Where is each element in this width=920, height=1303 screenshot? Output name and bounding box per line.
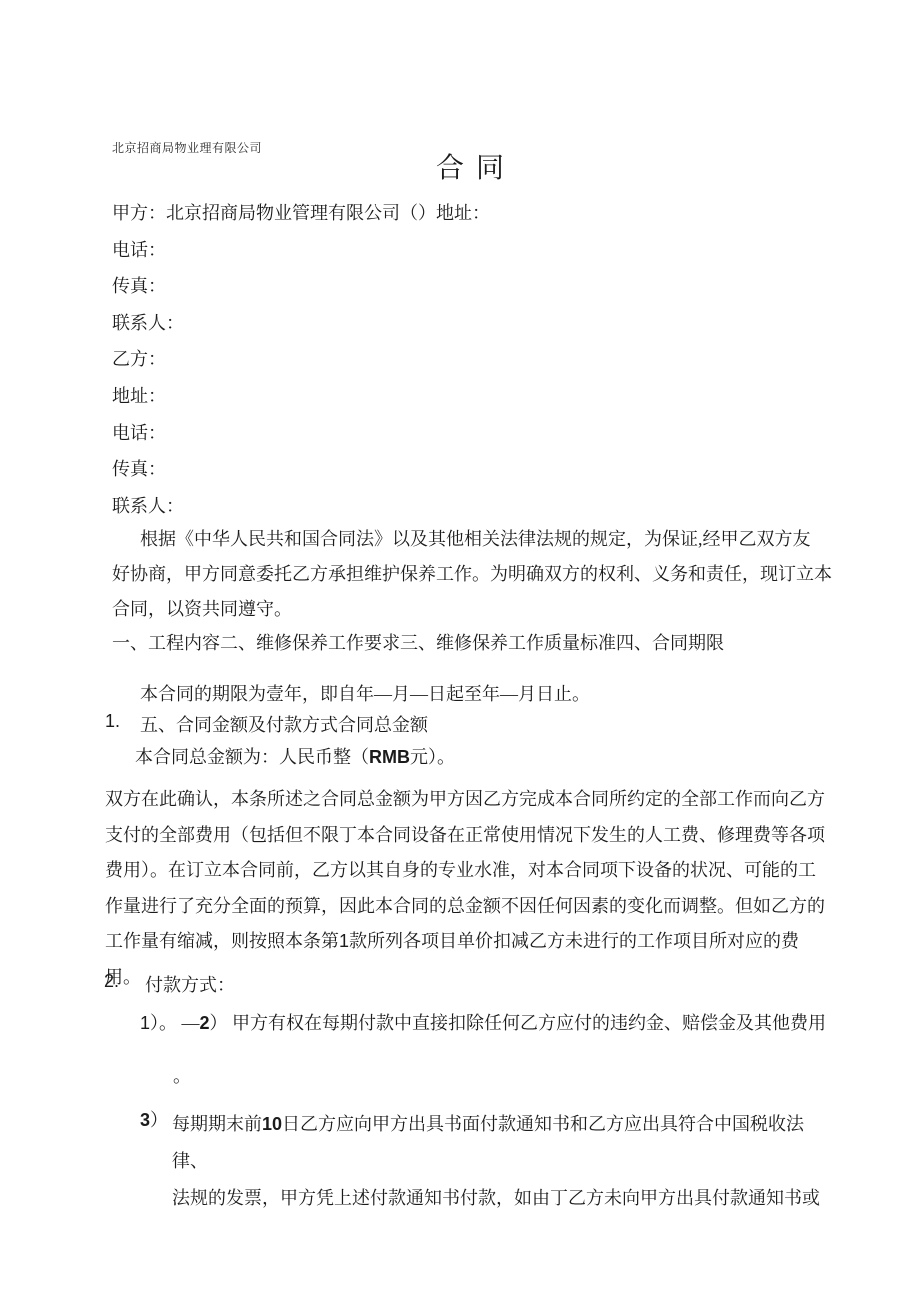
list-item-2-text: 付款方式： [145,975,235,995]
days-number: 10 [262,1114,282,1134]
sub-item-2-text: 甲方有权在每期付款中直接扣除任何乙方应付的违约金、赔偿金及其他费用 [228,1013,827,1033]
party-field-fax: 传真： [112,268,490,305]
intro-paragraph: 根据《中华人民共和国合同法》以及其他相关法律法规的规定，为保证,经甲乙双方友 好… [112,522,836,627]
party-a-line: 甲方：北京招商局物业管理有限公司（）地址： [112,195,490,232]
amount-currency: RMB [369,747,410,767]
party-b-line: 乙方： [112,341,490,378]
party-info-block: 甲方：北京招商局物业管理有限公司（）地址： 电话： 传真： 联系人： 乙方： 地… [112,195,490,524]
list-item-1-number: 1. [105,711,120,732]
list-item-2: 2. 付款方式： [104,971,844,997]
sub-item-3-line-1: 每期期末前10日乙方应向甲方出具书面付款通知书和乙方应出具符合中国税收法律、 [172,1106,840,1180]
sub-item-1-2-line: 1）。 —2） 甲方有权在每期付款中直接扣除任何乙方应付的违约金、赔偿金及其他费… [140,1009,826,1035]
dash: — [177,1013,200,1033]
clause-number: 1 [339,931,349,951]
section-headings-line: 一、工程内容二、维修保养工作要求三、维修保养工作质量标准四、合同期限 [112,629,724,655]
sub-item-2-number: 2 [200,1013,210,1033]
sub-item-3-line-2: 法规的发票，甲方凭上述付款通知书付款，如由丁乙方未向甲方出具付款通知书或 [172,1180,840,1217]
intro-line-3: 合同，以资共同遵守。 [112,592,836,627]
amount-prefix: 本合同总金额为：人民币整（ [135,747,369,767]
document-page: 北京招商局物业理有限公司 合同 甲方：北京招商局物业管理有限公司（）地址： 电话… [0,0,920,1303]
list-item-1-text: 五、合同金额及付款方式合同总金额 [140,715,428,735]
intro-line-1: 根据《中华人民共和国合同法》以及其他相关法律法规的规定，为保证,经甲乙双方友 [112,522,836,557]
party-field-phone: 电话： [112,232,490,269]
sub-item-1-text: 。 [159,1013,177,1033]
party-field-contact: 联系人： [112,305,490,342]
amount-line: 本合同总金额为：人民币整（RMB元）。 [135,743,455,769]
confirm-line-2: 支付的全部费用（包括但不限丁本合同设备在正常使用情况下发生的人工费、修理费等各项 [105,818,833,854]
list-item-1: 1. 五、合同金额及付款方式合同总金额 [105,711,845,737]
sub-item-3-number: 3） [140,1106,168,1132]
confirm-line-3: 费用）。在订立本合同前，乙方以其自身的专业水准，对本合同项下设备的状况、可能的工 [105,853,833,889]
party-field-contact-2: 联系人： [112,488,490,525]
document-title: 合同 [112,146,828,186]
sub-item-1-number: 1 [140,1013,150,1033]
confirm-line-4: 作量进行了充分全面的预算，因此本合同的总金额不因任何因素的变化而调整。但如乙方的 [105,889,833,925]
sub-item-3: 3） 每期期末前10日乙方应向甲方出具书面付款通知书和乙方应出具符合中国税收法律… [140,1106,840,1217]
party-field-address: 地址： [112,378,490,415]
amount-suffix: 元）。 [410,747,455,767]
party-field-phone-2: 电话： [112,415,490,452]
confirm-paragraph: 双方在此确认，本条所述之合同总金额为甲方因乙方完成本合同所约定的全部工作而向乙方… [105,782,833,995]
term-line: 本合同的期限为壹年，即自年—月—日起至年—月日止。 [140,680,590,706]
sub-item-2-continuation: 。 [173,1062,191,1088]
list-item-2-number: 2. [104,971,119,992]
party-field-fax-2: 传真： [112,451,490,488]
intro-line-2: 好协商，甲方同意委托乙方承担维护保养工作。为明确双方的权利、义务和责任，现订立本 [112,557,836,592]
confirm-line-1: 双方在此确认，本条所述之合同总金额为甲方因乙方完成本合同所约定的全部工作而向乙方 [105,782,833,818]
